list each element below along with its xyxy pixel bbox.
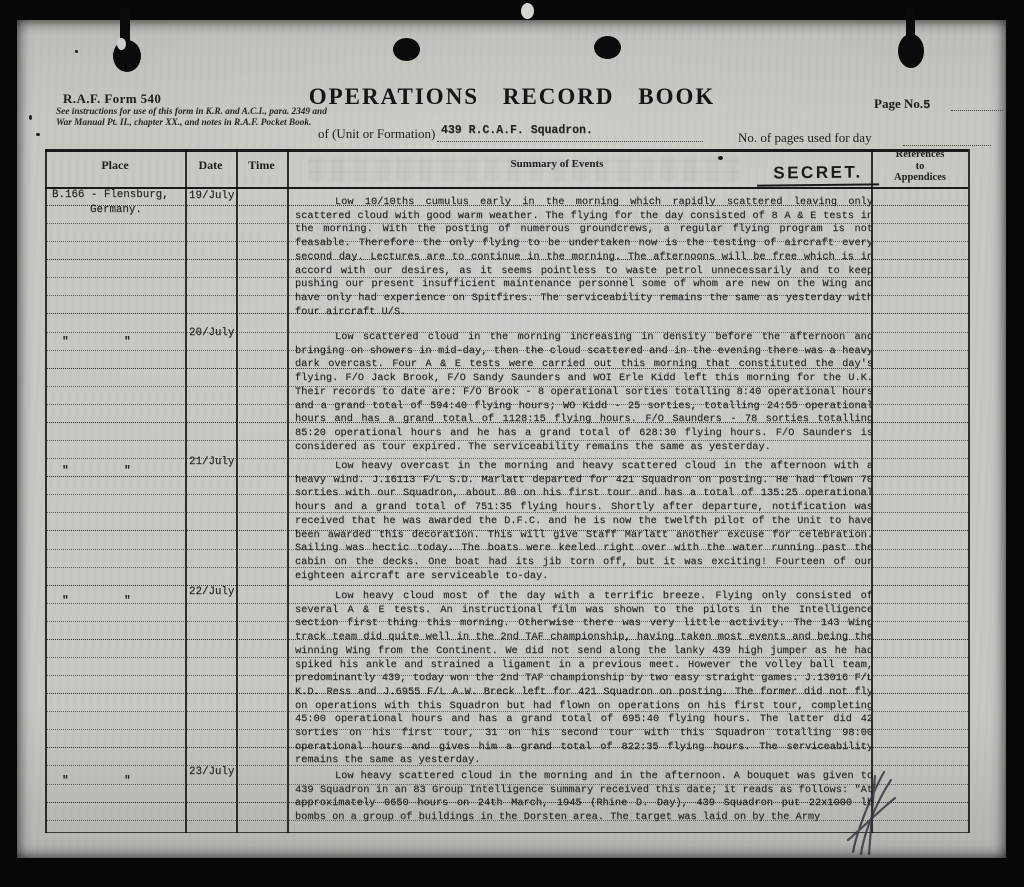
references-line: to — [873, 161, 967, 173]
column-header-place: Place — [45, 158, 185, 173]
entry-date: 19/July — [189, 190, 234, 202]
column-divider — [287, 149, 289, 833]
ink-bleed-smudge — [309, 156, 739, 182]
scan-background: { "form": { "form_number": "R.A.F. Form … — [0, 0, 1024, 887]
table-border-right — [968, 149, 970, 833]
dust-speck — [29, 115, 32, 120]
table-border-left — [45, 149, 47, 833]
table-top-border — [45, 149, 968, 152]
dotted-leader — [951, 96, 1003, 111]
entry-date: 22/July — [189, 586, 234, 598]
punch-hole-notch — [117, 38, 126, 50]
dotted-leader — [903, 130, 991, 146]
entry-summary: Low scattered cloud in the morning incre… — [295, 331, 873, 454]
entry-summary: Low heavy overcast in the morning and he… — [295, 460, 873, 583]
column-header-time: Time — [236, 158, 287, 173]
entry-summary: Low heavy cloud most of the day with a t… — [295, 590, 873, 768]
page-number-label: Page No. — [874, 96, 923, 111]
entry-place: B.166 - Flensburg, — [52, 189, 169, 201]
references-line: References — [873, 149, 967, 161]
scanner-artifact — [521, 3, 534, 19]
table-header-separator — [45, 187, 968, 189]
unit-label: of (Unit or Formation) — [318, 126, 435, 142]
form-instructions: See instructions for use of this form in… — [56, 107, 334, 128]
ditto-mark: " — [62, 595, 69, 607]
entry-summary: Low 10/10ths cumulus early in the mornin… — [295, 196, 873, 319]
ditto-mark: " — [62, 775, 69, 787]
dust-speck — [75, 50, 78, 53]
ditto-mark: " — [62, 336, 69, 348]
form-number: R.A.F. Form 540 — [63, 91, 161, 107]
entry-place-line2: Germany. — [90, 204, 142, 216]
scanned-page: R.A.F. Form 540 See instructions for use… — [17, 20, 1006, 858]
column-header-date: Date — [185, 158, 236, 173]
column-header-references: References to Appendices — [873, 149, 967, 184]
ruled-line — [45, 458, 968, 459]
column-divider — [185, 149, 187, 833]
entry-summary: Low heavy scattered cloud in the morning… — [295, 770, 873, 825]
secret-stamp: SECRET. — [757, 162, 879, 186]
entry-date: 21/July — [189, 456, 234, 468]
dust-speck — [36, 133, 40, 136]
pages-used-label: No. of pages used for day — [738, 130, 872, 146]
references-line: Appendices — [873, 172, 967, 184]
unit-value: 439 R.C.A.F. Squadron. — [441, 124, 593, 137]
column-divider — [236, 149, 238, 833]
page-title: OPERATIONS RECORD BOOK — [287, 84, 737, 110]
ditto-mark: " — [124, 336, 131, 348]
page-number-row: Page No.5 — [874, 96, 930, 112]
entry-date: 20/July — [189, 327, 234, 339]
punch-hole — [898, 34, 924, 68]
ink-scribble — [843, 768, 901, 856]
page-number-value: 5 — [923, 98, 930, 112]
punch-hole — [393, 38, 420, 61]
ditto-mark: " — [124, 595, 131, 607]
punch-hole — [594, 36, 621, 59]
ruled-line — [45, 585, 968, 586]
ditto-mark: " — [62, 465, 69, 477]
ditto-mark: " — [124, 775, 131, 787]
table-bottom-border — [45, 832, 968, 833]
ditto-mark: " — [124, 465, 131, 477]
entry-date: 23/July — [189, 766, 234, 778]
